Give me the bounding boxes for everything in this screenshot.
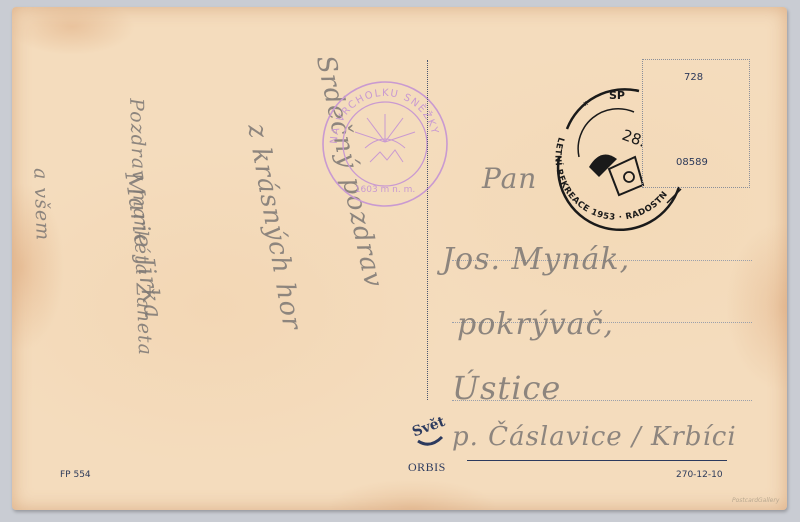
watermark: PostcardGallery <box>732 497 779 504</box>
message-line-2: a všem <box>29 168 54 269</box>
svg-text:SP: SP <box>609 89 625 102</box>
address-line-4 <box>467 460 727 461</box>
svg-text:*: * <box>583 99 589 112</box>
postcard-back: Pozdrav markéta Žaneta a všem Srdečný po… <box>12 7 787 510</box>
address-line-occupation: pokrývač, <box>457 307 614 342</box>
address-line-post: p. Čáslavice / Krbíci <box>452 422 737 452</box>
stamp-box-bottom-number: 08589 <box>676 157 708 168</box>
address-line-pan: Pan <box>482 162 537 195</box>
stamp-placeholder-box: 728 08589 <box>642 59 750 188</box>
message-line-4: z krásných hor <box>241 122 323 423</box>
svg-text:Svět: Svět <box>410 414 448 441</box>
publisher-name: ORBIS <box>408 460 446 475</box>
address-divider <box>427 60 428 400</box>
svet-publisher-logo: Svět <box>412 415 448 453</box>
message-line-5: Marie Jirka <box>119 170 175 372</box>
snezka-cachet-stamp: NA VRCHOLKU SNĚŽKY 1603 m n. m. <box>315 74 455 214</box>
svg-text:1603 m n. m.: 1603 m n. m. <box>355 185 415 195</box>
print-code: 270-12-10 <box>676 470 723 480</box>
stamp-box-top-number: 728 <box>684 72 703 83</box>
address-line-town: Ústice <box>452 369 561 407</box>
series-code: FP 554 <box>60 470 91 480</box>
address-line-name: Jos. Mynák, <box>442 242 630 277</box>
